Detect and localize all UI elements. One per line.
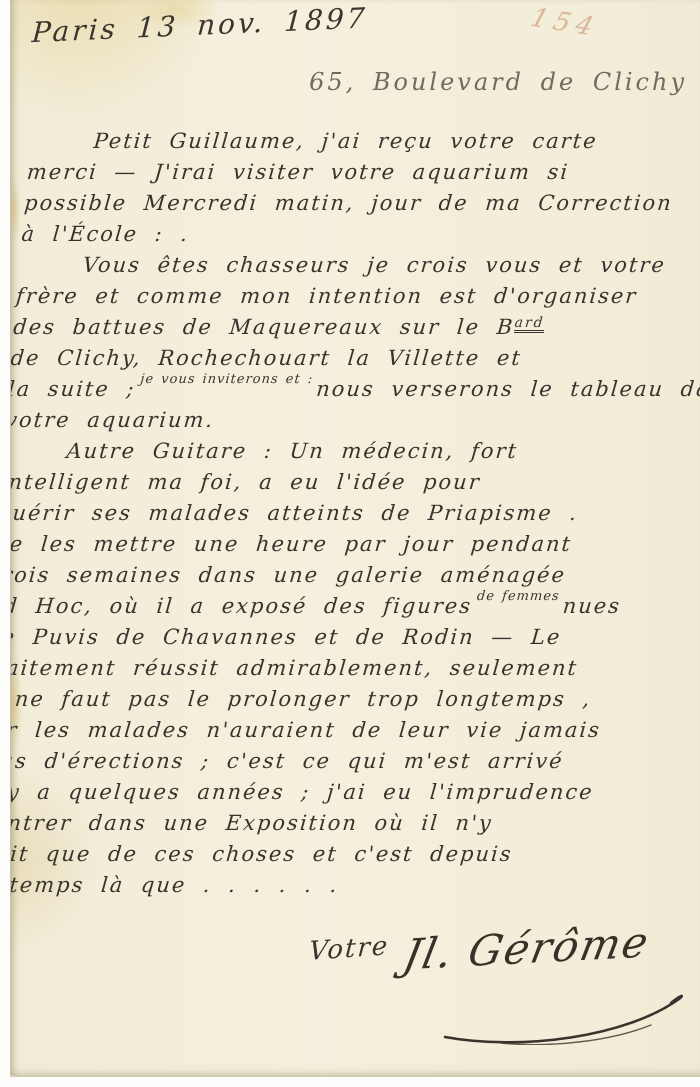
closing-word: Votre — [308, 931, 390, 967]
letter-line: trois semaines dans une galerie aménagée — [10, 560, 663, 591]
letter-line: car les malades n'auraient de leur vie j… — [10, 715, 649, 746]
letter-line: il y a quelques années ; j'ai eu l'impru… — [10, 777, 644, 808]
letter-line: Petit Guillaume, j'ai reçu votre carte — [28, 126, 700, 157]
letter-line: de Clichy, Rochechouart la Villette et — [10, 343, 682, 374]
letter-scan: 154 Paris 13 nov. 1897 65, Boulevard de … — [0, 0, 700, 1087]
letter-line: guérir ses malades atteints de Priapisme… — [10, 498, 668, 529]
letter-line: ce temps là que . . . . . . — [10, 870, 636, 901]
letter-line: la suite ;je vous inviterons et :nous ve… — [10, 374, 679, 405]
letter-line: de les mettre une heure par jour pendant — [10, 529, 666, 560]
interlinear-insertion: je vous inviterons et : — [140, 373, 314, 386]
interlinear-insertion: de femmes — [476, 590, 560, 603]
letterhead-address: 65, Boulevard de Clichy — [309, 68, 687, 96]
letter-line: de Puvis de Chavannes et de Rodin — Le — [10, 622, 658, 653]
letter-line: Vous êtes chasseurs je crois vous et vot… — [17, 250, 690, 281]
letter-line: ad Hoc, où il a exposé des figuresde fem… — [10, 591, 660, 622]
letter-line: possible Mercredi matin, jour de ma Corr… — [23, 188, 696, 219]
date-line: Paris 13 nov. 1897 — [31, 1, 369, 49]
signature-flourish — [441, 985, 691, 1045]
letter-line: d'entrer dans une Exposition où il n'y — [10, 808, 641, 839]
letter-line: votre aquarium. — [10, 405, 677, 436]
line-text: la suite ; — [10, 377, 137, 401]
letter-line: à l'École : . — [20, 219, 693, 250]
boulevard-abbreviation: ard — [514, 316, 546, 333]
letter-line: frère et comme mon intention est d'organ… — [15, 281, 688, 312]
line-text: nues — [562, 594, 622, 618]
letter-paper: 154 Paris 13 nov. 1897 65, Boulevard de … — [10, 0, 700, 1077]
foxing-stain — [10, 180, 21, 240]
letter-line: Autre Guitare : Un médecin, fort — [10, 436, 674, 467]
signature: Jl. Gérôme — [399, 917, 654, 979]
letter-line: intelligent ma foi, a eu l'idée pour — [10, 467, 671, 498]
archival-number: 154 — [527, 3, 603, 43]
line-text: nous verserons le tableau dans — [315, 377, 700, 401]
letter-line: merci — J'irai visiter votre aquarium si — [26, 157, 699, 188]
letter-line: des battues de Maquereaux sur le Bard — [12, 312, 685, 343]
line-text: ad Hoc, où il a exposé des figures — [10, 594, 473, 618]
letter-line: il ne faut pas le prolonger trop longtem… — [10, 684, 652, 715]
letter-line: avait que de ces choses et c'est depuis — [10, 839, 639, 870]
line-text: des battues de Maquereaux sur le B — [12, 315, 515, 339]
letter-line: traitement réussit admirablement, seulem… — [10, 653, 655, 684]
letter-body: Petit Guillaume, j'ai reçu votre carte m… — [10, 126, 700, 901]
letter-line: plus d'érections ; c'est ce qui m'est ar… — [10, 746, 647, 777]
